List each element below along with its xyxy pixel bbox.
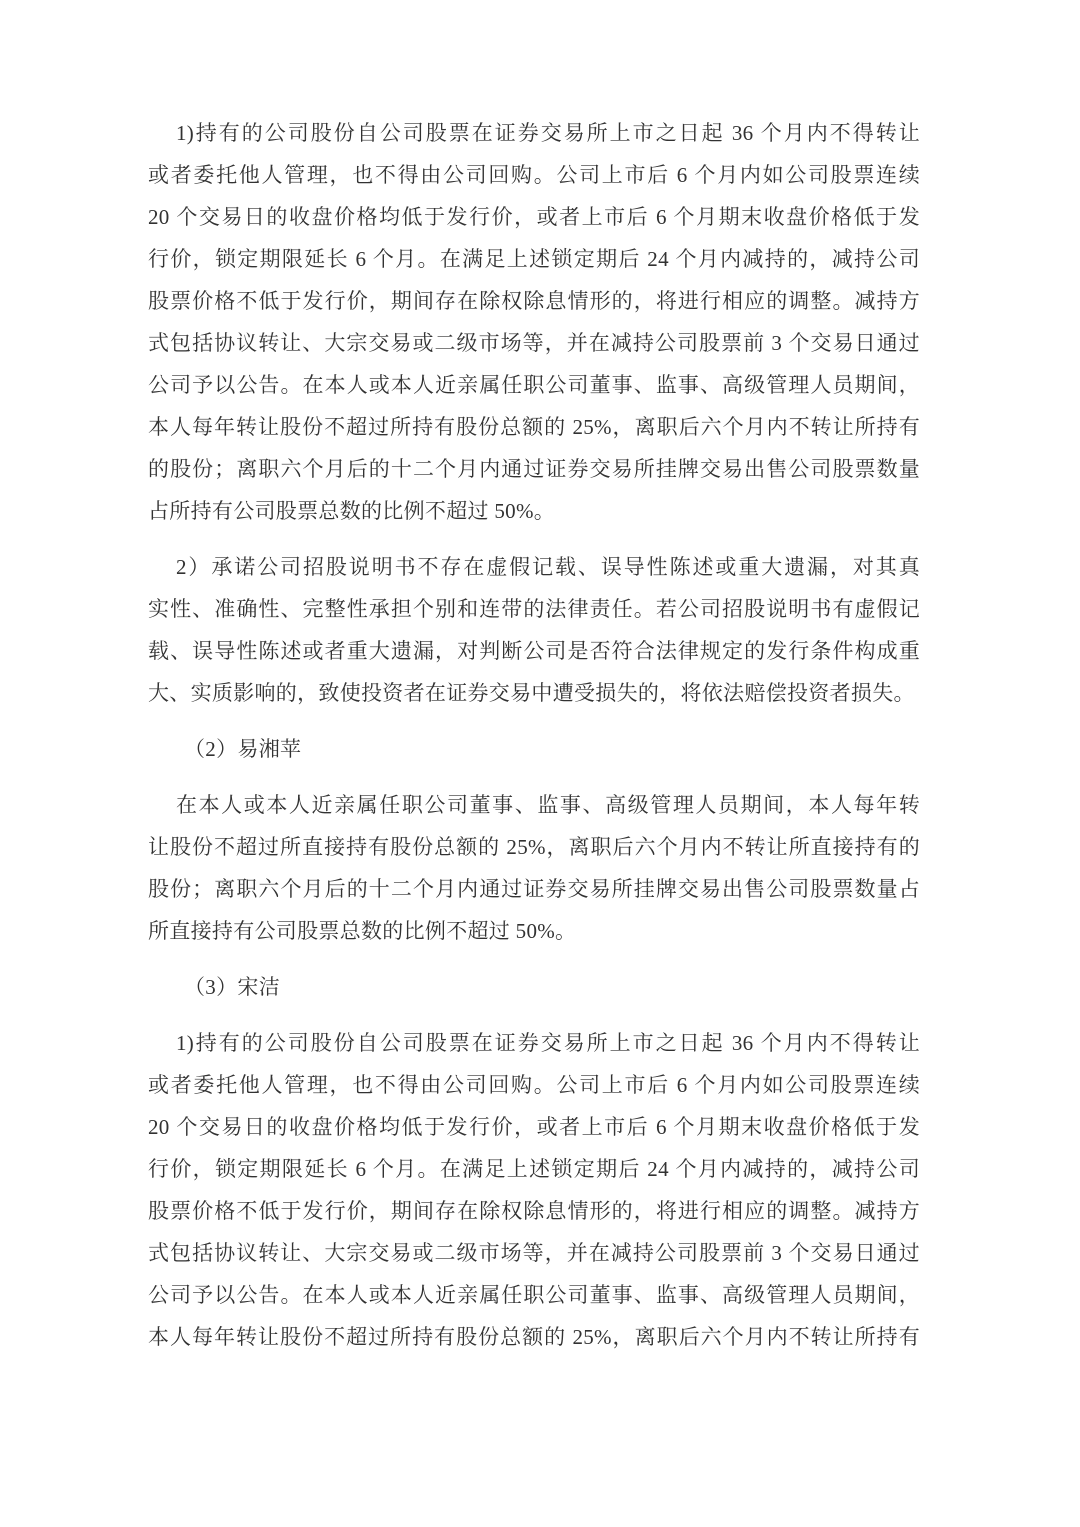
- text-line: 在本人或本人近亲属任职公司董事、监事、高级管理人员期间，本人每年转: [148, 784, 920, 826]
- paragraph-block: 1)持有的公司股份自公司股票在证券交易所上市之日起 36 个月内不得转让或者委托…: [148, 1022, 920, 1358]
- text-line: 行价，锁定期限延长 6 个月。在满足上述锁定期后 24 个月内减持的，减持公司: [148, 1148, 920, 1190]
- paragraph-block: 1)持有的公司股份自公司股票在证券交易所上市之日起 36 个月内不得转让或者委托…: [148, 112, 920, 532]
- paragraph-block: 2）承诺公司招股说明书不存在虚假记载、误导性陈述或重大遗漏，对其真实性、准确性、…: [148, 546, 920, 714]
- text-line: 占所持有公司股票总数的比例不超过 50%。: [148, 490, 920, 532]
- text-line: 股票价格不低于发行价，期间存在除权除息情形的，将进行相应的调整。减持方: [148, 1190, 920, 1232]
- text-line: 所直接持有公司股票总数的比例不超过 50%。: [148, 910, 920, 952]
- section-heading: （2）易湘苹: [148, 728, 920, 770]
- text-line: 或者委托他人管理，也不得由公司回购。公司上市后 6 个月内如公司股票连续: [148, 1064, 920, 1106]
- text-line: 本人每年转让股份不超过所持有股份总额的 25%，离职后六个月内不转让所持有: [148, 1316, 920, 1358]
- text-line: 20 个交易日的收盘价格均低于发行价，或者上市后 6 个月期末收盘价格低于发: [148, 1106, 920, 1148]
- heading-line: （2）易湘苹: [148, 728, 920, 770]
- text-line: 实性、准确性、完整性承担个别和连带的法律责任。若公司招股说明书有虚假记: [148, 588, 920, 630]
- paragraph-block: 在本人或本人近亲属任职公司董事、监事、高级管理人员期间，本人每年转让股份不超过所…: [148, 784, 920, 952]
- text-line: 大、实质影响的，致使投资者在证券交易中遭受损失的，将依法赔偿投资者损失。: [148, 672, 920, 714]
- text-line: 的股份；离职六个月后的十二个月内通过证券交易所挂牌交易出售公司股票数量: [148, 448, 920, 490]
- text-line: 股份；离职六个月后的十二个月内通过证券交易所挂牌交易出售公司股票数量占: [148, 868, 920, 910]
- text-line: 20 个交易日的收盘价格均低于发行价，或者上市后 6 个月期末收盘价格低于发: [148, 196, 920, 238]
- text-line: 1)持有的公司股份自公司股票在证券交易所上市之日起 36 个月内不得转让: [148, 112, 920, 154]
- text-line: 载、误导性陈述或者重大遗漏，对判断公司是否符合法律规定的发行条件构成重: [148, 630, 920, 672]
- document-body: 1)持有的公司股份自公司股票在证券交易所上市之日起 36 个月内不得转让或者委托…: [148, 112, 920, 1372]
- text-line: 本人每年转让股份不超过所持有股份总额的 25%，离职后六个月内不转让所持有: [148, 406, 920, 448]
- text-line: 公司予以公告。在本人或本人近亲属任职公司董事、监事、高级管理人员期间，: [148, 364, 920, 406]
- document-page: 1)持有的公司股份自公司股票在证券交易所上市之日起 36 个月内不得转让或者委托…: [0, 0, 1080, 1527]
- text-line: 公司予以公告。在本人或本人近亲属任职公司董事、监事、高级管理人员期间，: [148, 1274, 920, 1316]
- heading-line: （3）宋洁: [148, 966, 920, 1008]
- text-line: 行价，锁定期限延长 6 个月。在满足上述锁定期后 24 个月内减持的，减持公司: [148, 238, 920, 280]
- text-line: 2）承诺公司招股说明书不存在虚假记载、误导性陈述或重大遗漏，对其真: [148, 546, 920, 588]
- section-heading: （3）宋洁: [148, 966, 920, 1008]
- text-line: 或者委托他人管理，也不得由公司回购。公司上市后 6 个月内如公司股票连续: [148, 154, 920, 196]
- text-line: 股票价格不低于发行价，期间存在除权除息情形的，将进行相应的调整。减持方: [148, 280, 920, 322]
- text-line: 式包括协议转让、大宗交易或二级市场等，并在减持公司股票前 3 个交易日通过: [148, 322, 920, 364]
- text-line: 1)持有的公司股份自公司股票在证券交易所上市之日起 36 个月内不得转让: [148, 1022, 920, 1064]
- text-line: 式包括协议转让、大宗交易或二级市场等，并在减持公司股票前 3 个交易日通过: [148, 1232, 920, 1274]
- text-line: 让股份不超过所直接持有股份总额的 25%，离职后六个月内不转让所直接持有的: [148, 826, 920, 868]
